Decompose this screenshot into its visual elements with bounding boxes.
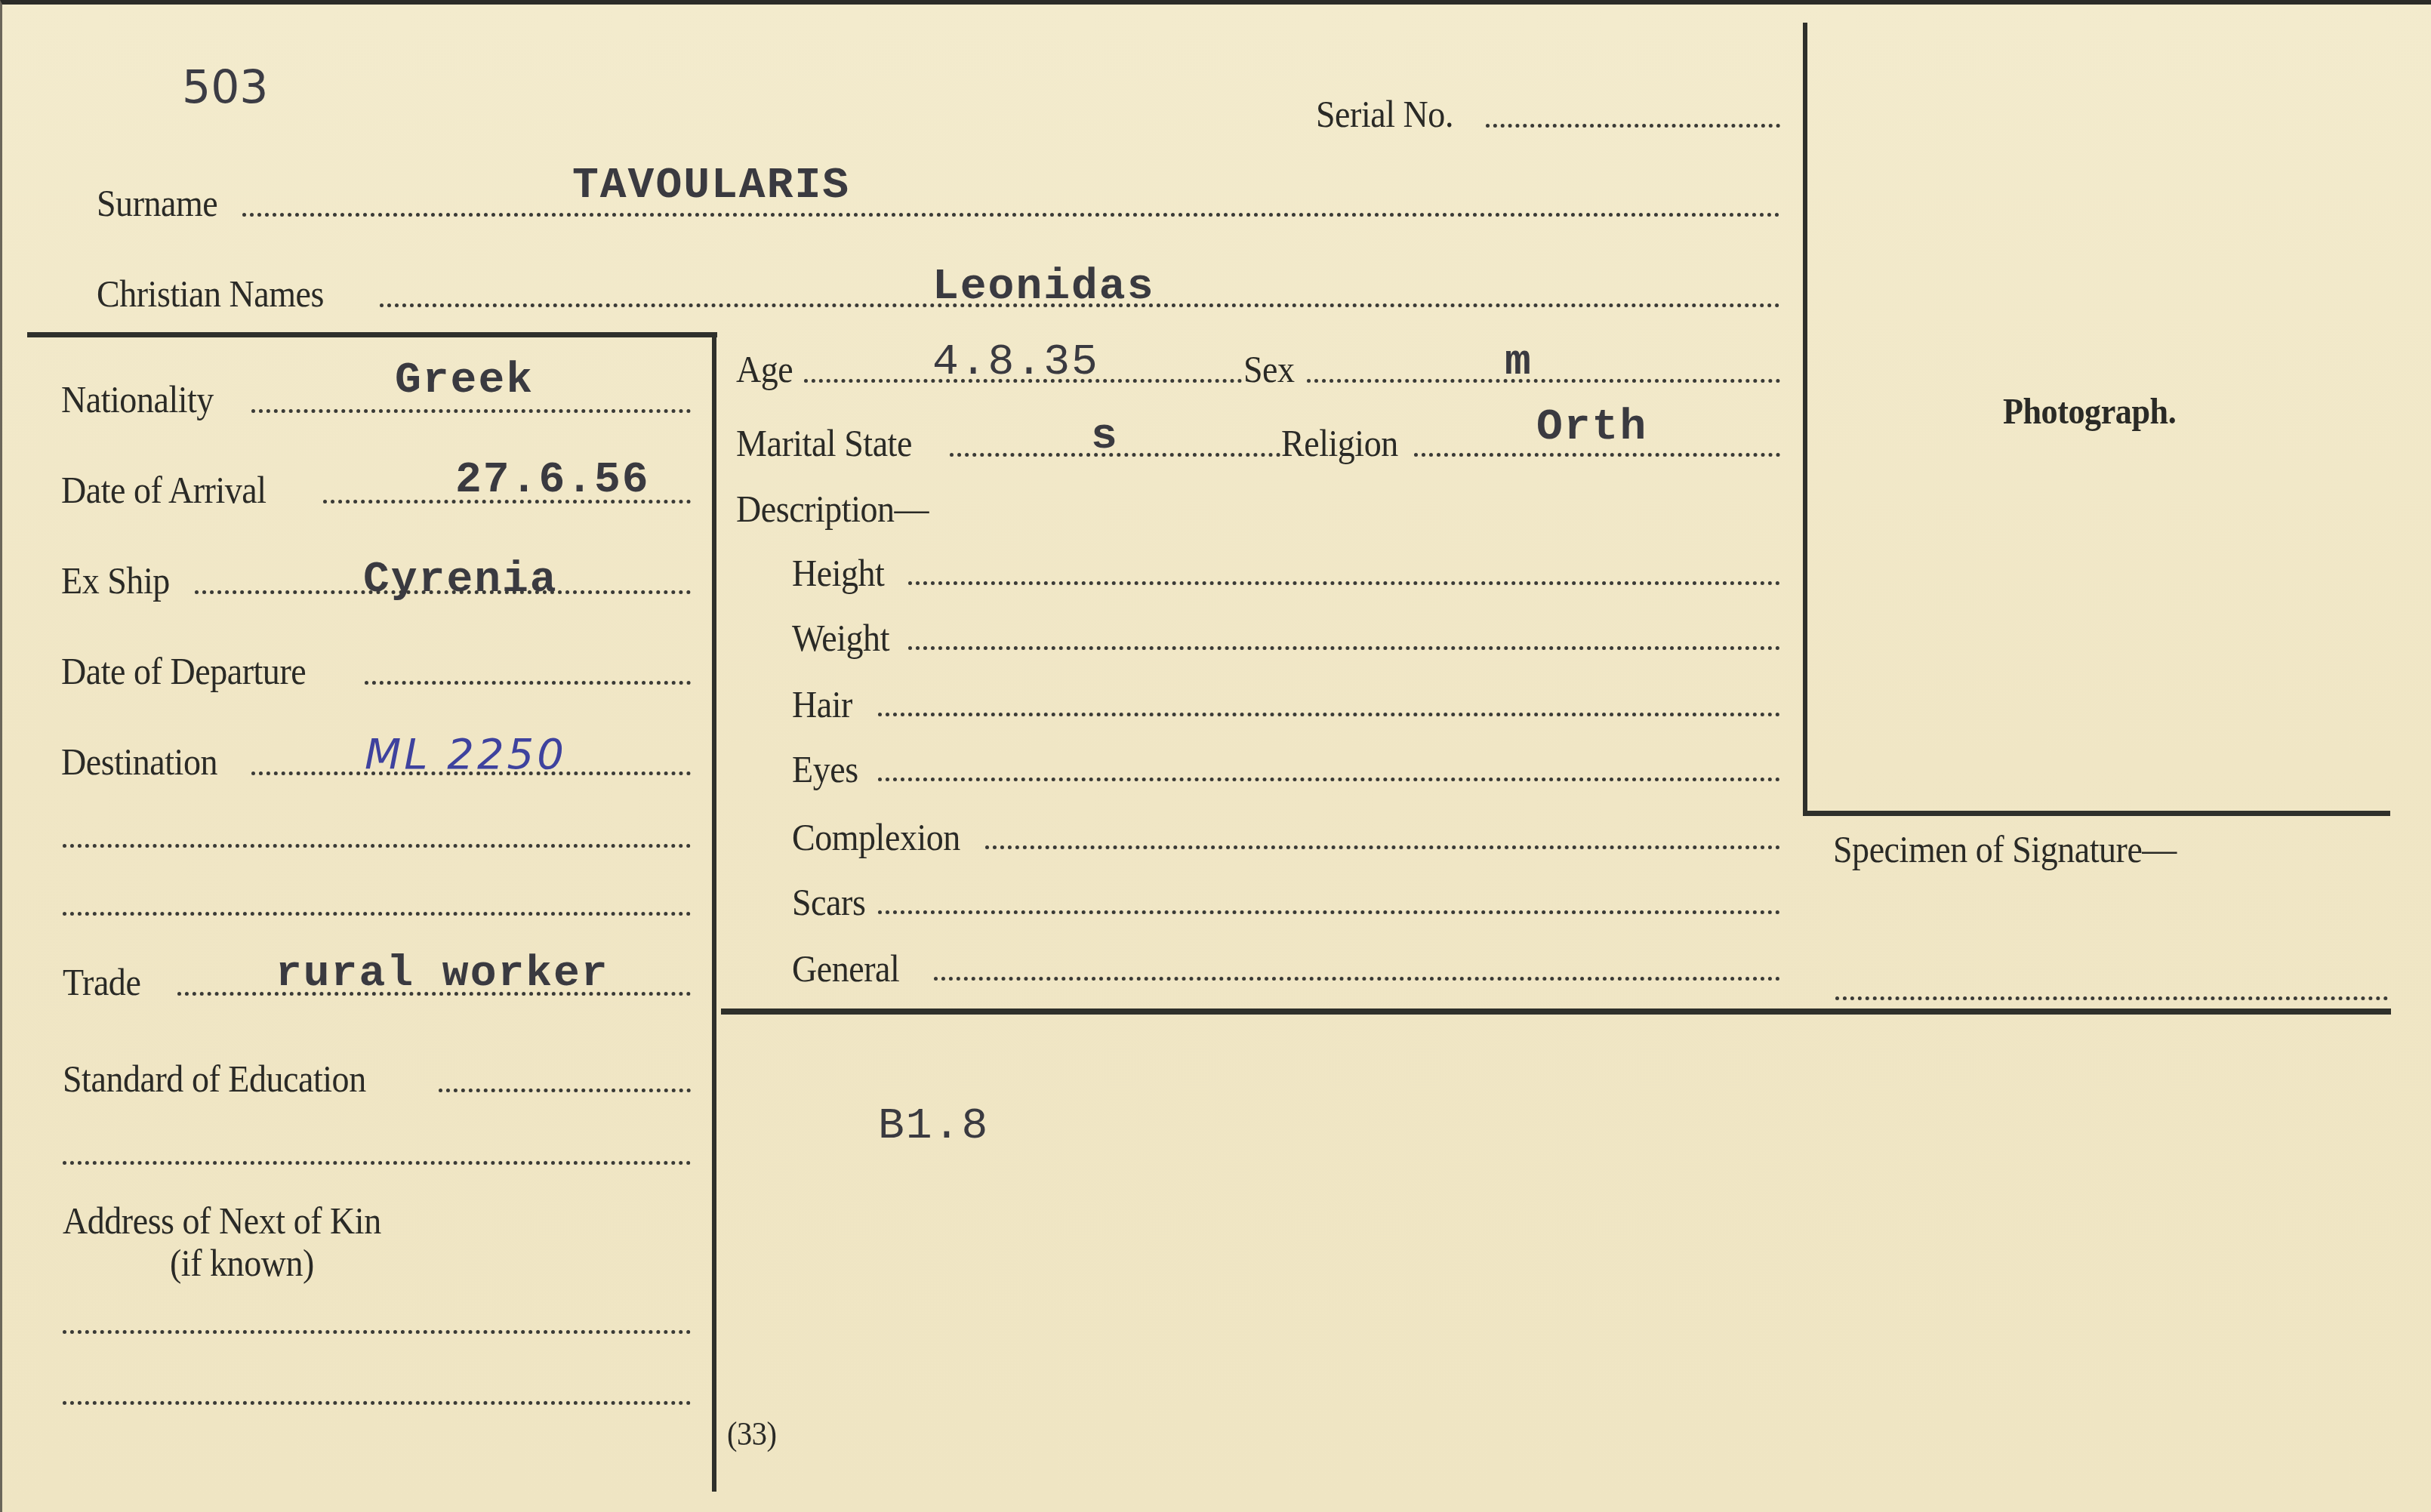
weight-field[interactable] — [908, 646, 1780, 650]
education-extra-line[interactable] — [63, 1161, 691, 1165]
hair-label: Hair — [792, 685, 852, 723]
age-label: Age — [736, 350, 793, 388]
marital-label: Marital State — [736, 424, 912, 462]
ship-label: Ex Ship — [61, 562, 170, 599]
ship-value: Cyrenia — [363, 559, 558, 602]
departure-field[interactable] — [365, 681, 691, 685]
height-label: Height — [792, 554, 884, 592]
left-box-top-rule — [27, 332, 717, 337]
scars-field[interactable] — [878, 910, 1780, 914]
surname-value: TAVOULARIS — [572, 165, 850, 208]
sex-label: Sex — [1243, 350, 1295, 388]
general-label: General — [792, 950, 899, 987]
education-field[interactable] — [439, 1089, 691, 1092]
nationality-field[interactable] — [251, 409, 691, 413]
weight-label: Weight — [792, 619, 889, 657]
religion-field[interactable] — [1414, 453, 1780, 457]
next-of-kin-line-1[interactable] — [63, 1330, 691, 1334]
next-of-kin-label: Address of Next of Kin — [63, 1202, 381, 1239]
general-field[interactable] — [934, 977, 1780, 981]
religion-value: Orth — [1536, 406, 1647, 450]
sex-field[interactable] — [1307, 379, 1780, 383]
form-number: (33) — [727, 1418, 777, 1451]
complexion-field[interactable] — [985, 845, 1780, 849]
eyes-label: Eyes — [792, 750, 858, 788]
arrival-label: Date of Arrival — [61, 471, 267, 509]
description-label: Description— — [736, 490, 929, 528]
reference-code: B1.8 — [878, 1105, 989, 1149]
photograph-label: Photograph. — [2003, 394, 2176, 430]
arrival-value: 27.6.56 — [455, 459, 650, 503]
description-bottom-rule — [721, 1009, 2391, 1015]
complexion-label: Complexion — [792, 818, 960, 856]
education-label: Standard of Education — [63, 1060, 366, 1098]
left-column-divider — [712, 332, 716, 1492]
signature-field[interactable] — [1835, 996, 2388, 1000]
photo-box-bottom-border — [1803, 811, 2390, 816]
surname-field[interactable] — [242, 213, 1780, 217]
destination-label: Destination — [61, 743, 217, 781]
signature-label: Specimen of Signature— — [1833, 830, 2177, 868]
serial-field[interactable] — [1486, 124, 1780, 128]
surname-label: Surname — [97, 184, 217, 222]
trade-value: rural worker — [276, 953, 609, 996]
destination-extra-line-1[interactable] — [63, 844, 691, 848]
marital-value: s — [1091, 415, 1119, 459]
next-of-kin-line-2[interactable] — [63, 1401, 691, 1405]
next-of-kin-sublabel: (if known) — [170, 1244, 314, 1282]
scars-label: Scars — [792, 883, 865, 921]
registration-card: 503 Serial No. Surname TAVOULARIS Christ… — [0, 0, 2431, 1512]
destination-extra-line-2[interactable] — [63, 912, 691, 916]
serial-label: Serial No. — [1316, 95, 1453, 133]
age-value: 4.8.35 — [932, 341, 1099, 385]
nationality-value: Greek — [395, 359, 534, 403]
sex-value: m — [1505, 341, 1533, 385]
eyes-field[interactable] — [878, 778, 1780, 781]
card-number: 503 — [182, 65, 269, 110]
photo-box-left-border — [1803, 23, 1807, 815]
christian-names-label: Christian Names — [97, 275, 324, 313]
nationality-label: Nationality — [61, 380, 214, 418]
destination-value: ML 2250 — [365, 734, 567, 776]
religion-label: Religion — [1281, 424, 1398, 462]
height-field[interactable] — [908, 581, 1780, 585]
departure-label: Date of Departure — [61, 652, 306, 690]
christian-names-value: Leonidas — [932, 266, 1154, 309]
trade-label: Trade — [63, 963, 140, 1001]
hair-field[interactable] — [878, 713, 1780, 716]
